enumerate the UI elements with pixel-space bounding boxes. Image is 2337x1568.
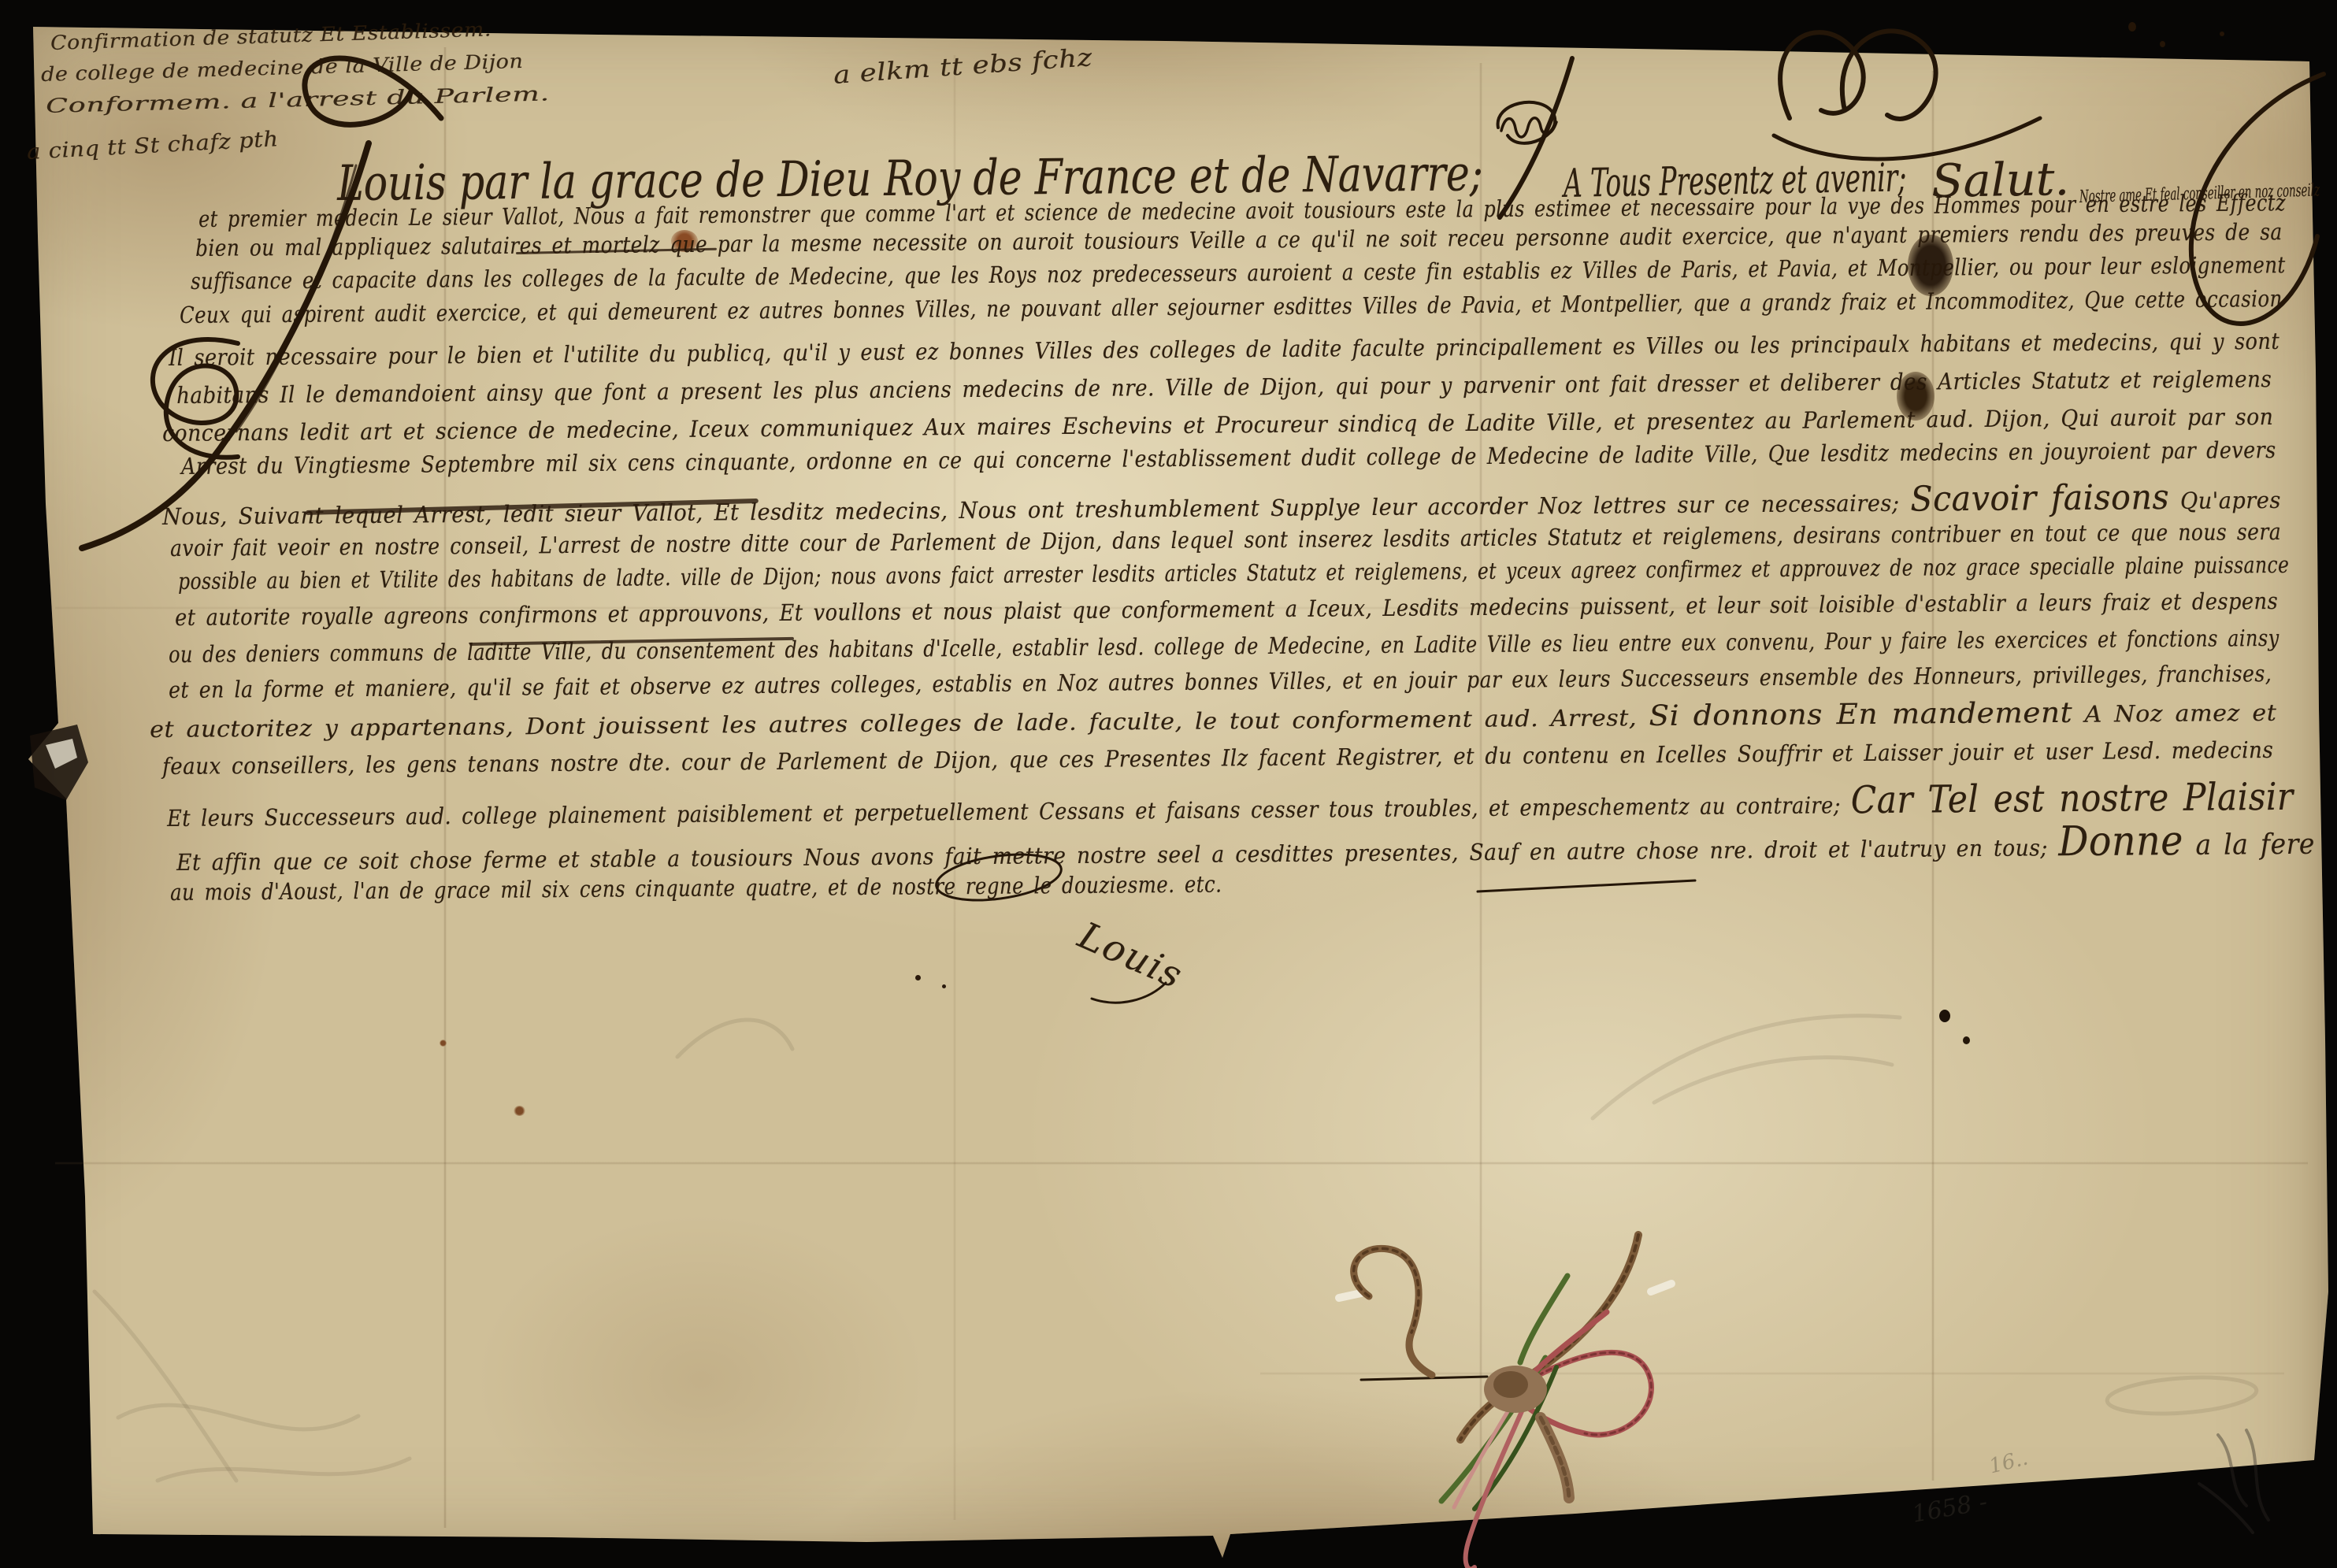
ink-speck xyxy=(2160,41,2165,47)
ghost-scribble xyxy=(2199,1484,2253,1533)
pencil-note: 1658 - xyxy=(1910,1488,1990,1529)
ink-speck xyxy=(2220,32,2224,36)
photographed-parchment-document: Confirmation de statutz Et Establissem. … xyxy=(0,0,2337,1568)
ink-speck xyxy=(2128,22,2136,32)
